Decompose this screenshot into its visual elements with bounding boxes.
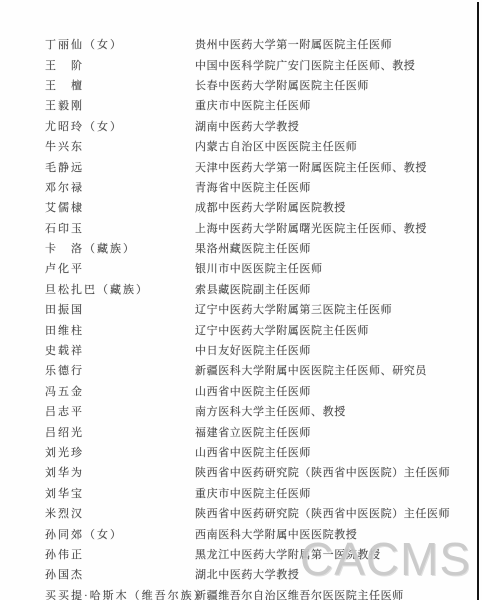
- list-item: 刘华宝 重庆市中医院主任医师: [0, 483, 482, 503]
- person-name: 刘华宝: [45, 485, 195, 501]
- list-item: 刘华为 陕西省中医药研究院（陕西省中医医院）主任医师: [0, 462, 482, 482]
- person-affiliation: 南方医科大学主任医师、教授: [195, 403, 482, 419]
- person-name: 旦松扎巴（藏族）: [45, 281, 195, 297]
- person-affiliation: 辽宁中医药大学附属第三医院主任医师: [195, 301, 482, 317]
- person-name: 王 檀: [45, 77, 195, 93]
- person-name: 孙国杰: [45, 566, 195, 582]
- person-affiliation: 福建省立医院主任医师: [195, 424, 482, 440]
- person-affiliation: 索县藏医院副主任医师: [195, 281, 482, 297]
- person-affiliation: 山西省中医院主任医师: [195, 444, 482, 460]
- person-affiliation: 中日友好医院主任医师: [195, 342, 482, 358]
- person-name: 石印玉: [45, 220, 195, 236]
- person-name: 丁丽仙（女）: [45, 36, 195, 52]
- person-affiliation: 长春中医药大学附属医院主任医师: [195, 77, 482, 93]
- list-item: 丁丽仙（女） 贵州中医药大学第一附属医院主任医师: [0, 34, 482, 54]
- list-item: 冯五金 山西省中医院主任医师: [0, 381, 482, 401]
- person-affiliation: 果洛州藏医院主任医师: [195, 240, 482, 256]
- list-item: 卡 洛（藏族） 果洛州藏医院主任医师: [0, 238, 482, 258]
- person-name: 卡 洛（藏族）: [45, 240, 195, 256]
- person-name: 卢化平: [45, 260, 195, 276]
- list-item: 王 檀 长春中医药大学附属医院主任医师: [0, 75, 482, 95]
- person-affiliation: 辽宁中医药大学附属医院主任医师: [195, 322, 482, 338]
- list-item: 王 阶 中国中医科学院广安门医院主任医师、教授: [0, 54, 482, 74]
- person-name: 冯五金: [45, 383, 195, 399]
- page-edge-line: [477, 2, 479, 600]
- list-item: 王毅刚 重庆市中医院主任医师: [0, 95, 482, 115]
- person-affiliation: 贵州中医药大学第一附属医院主任医师: [195, 36, 482, 52]
- person-affiliation: 天津中医药大学第一附属医院主任医师、教授: [195, 159, 482, 175]
- person-affiliation: 新疆维吾尔自治区维吾尔医医院主任医师: [195, 587, 482, 600]
- person-affiliation: 中国中医科学院广安门医院主任医师、教授: [195, 57, 482, 73]
- list-item: 艾儒棣 成都中医药大学附属医院教授: [0, 197, 482, 217]
- person-name: 孙同郊（女）: [45, 526, 195, 542]
- person-name: 邓尔禄: [45, 179, 195, 195]
- person-name: 刘华为: [45, 464, 195, 480]
- person-affiliation: 新疆医科大学附属中医医院主任医师、研究员: [195, 362, 482, 378]
- person-affiliation: 重庆市中医院主任医师: [195, 97, 482, 113]
- list-item: 田振国 辽宁中医药大学附属第三医院主任医师: [0, 299, 482, 319]
- person-name: 尤昭玲（女）: [45, 118, 195, 134]
- document-page: 丁丽仙（女） 贵州中医药大学第一附属医院主任医师 王 阶 中国中医科学院广安门医…: [0, 0, 482, 600]
- person-name: 刘光珍: [45, 444, 195, 460]
- person-name: 毛静远: [45, 159, 195, 175]
- person-name: 王 阶: [45, 57, 195, 73]
- person-name: 米烈汉: [45, 505, 195, 521]
- person-affiliation: 银川市中医医院主任医师: [195, 260, 482, 276]
- cacms-watermark: CACMS: [300, 536, 471, 582]
- person-name: 王毅刚: [45, 97, 195, 113]
- person-affiliation: 上海中医药大学附属曙光医院主任医师、教授: [195, 220, 482, 236]
- person-affiliation: 山西省中医院主任医师: [195, 383, 482, 399]
- name-list: 丁丽仙（女） 贵州中医药大学第一附属医院主任医师 王 阶 中国中医科学院广安门医…: [0, 0, 482, 600]
- list-item: 史载祥 中日友好医院主任医师: [0, 340, 482, 360]
- list-item: 吕志平 南方医科大学主任医师、教授: [0, 401, 482, 421]
- list-item: 牛兴东 内蒙古自治区中医医院主任医师: [0, 136, 482, 156]
- person-affiliation: 陕西省中医药研究院（陕西省中医医院）主任医师: [195, 464, 482, 480]
- person-name: 田维柱: [45, 322, 195, 338]
- person-affiliation: 青海省中医院主任医师: [195, 179, 482, 195]
- person-name: 艾儒棣: [45, 199, 195, 215]
- person-affiliation: 湖南中医药大学教授: [195, 118, 482, 134]
- list-item: 毛静远 天津中医药大学第一附属医院主任医师、教授: [0, 156, 482, 176]
- person-affiliation: 重庆市中医院主任医师: [195, 485, 482, 501]
- list-item: 买买提·哈斯木（维吾尔族） 新疆维吾尔自治区维吾尔医医院主任医师: [0, 585, 482, 600]
- person-name: 史载祥: [45, 342, 195, 358]
- list-item: 米烈汉 陕西省中医药研究院（陕西省中医医院）主任医师: [0, 503, 482, 523]
- person-affiliation: 陕西省中医药研究院（陕西省中医医院）主任医师: [195, 505, 482, 521]
- person-affiliation: 内蒙古自治区中医医院主任医师: [195, 138, 482, 154]
- person-name: 吕绍光: [45, 424, 195, 440]
- person-name: 乐德行: [45, 362, 195, 378]
- person-name: 孙伟正: [45, 546, 195, 562]
- list-item: 邓尔禄 青海省中医院主任医师: [0, 177, 482, 197]
- list-item: 尤昭玲（女） 湖南中医药大学教授: [0, 116, 482, 136]
- list-item: 卢化平 银川市中医医院主任医师: [0, 258, 482, 278]
- person-name: 牛兴东: [45, 138, 195, 154]
- list-item: 石印玉 上海中医药大学附属曙光医院主任医师、教授: [0, 218, 482, 238]
- person-name: 买买提·哈斯木（维吾尔族）: [45, 587, 195, 600]
- person-name: 田振国: [45, 301, 195, 317]
- person-affiliation: 成都中医药大学附属医院教授: [195, 199, 482, 215]
- list-item: 乐德行 新疆医科大学附属中医医院主任医师、研究员: [0, 360, 482, 380]
- list-item: 旦松扎巴（藏族） 索县藏医院副主任医师: [0, 279, 482, 299]
- list-item: 刘光珍 山西省中医院主任医师: [0, 442, 482, 462]
- person-name: 吕志平: [45, 403, 195, 419]
- list-item: 田维柱 辽宁中医药大学附属医院主任医师: [0, 319, 482, 339]
- list-item: 吕绍光 福建省立医院主任医师: [0, 421, 482, 441]
